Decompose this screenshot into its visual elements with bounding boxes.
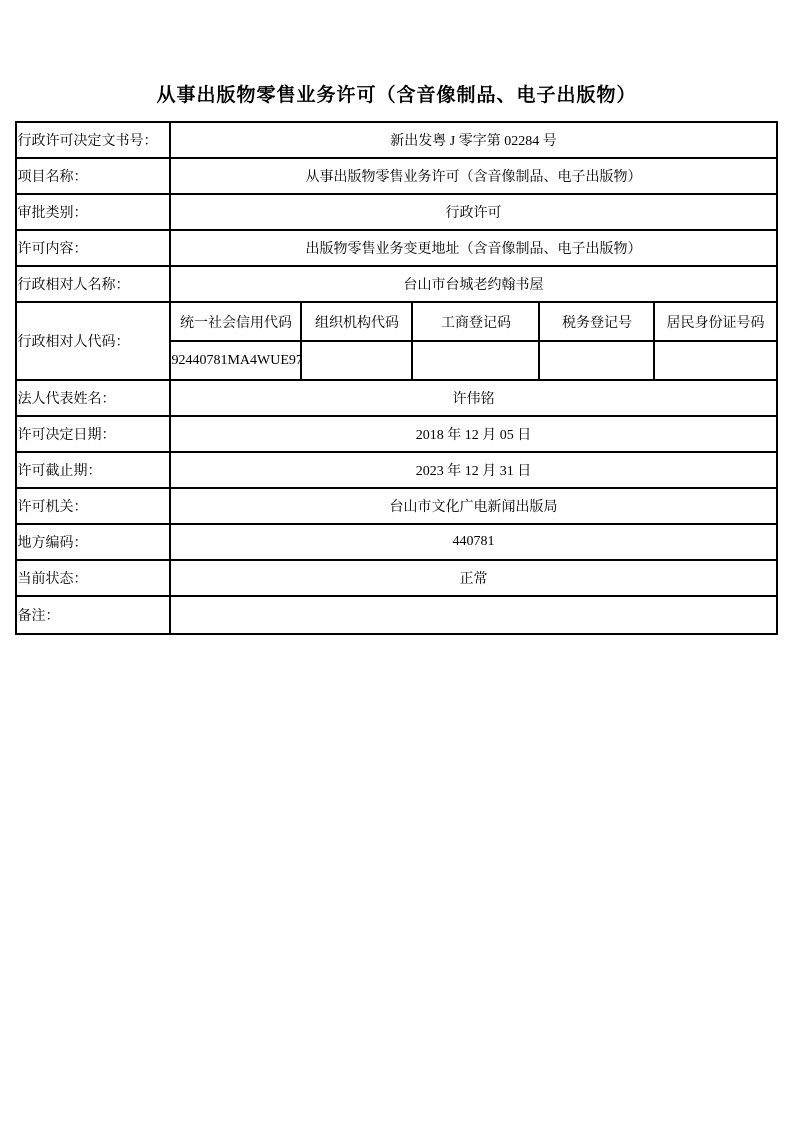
code-value-unified-social-credit: 92440781MA4WUE97XQ bbox=[170, 341, 301, 380]
licensing-authority-value: 台山市文化广电新闻出版局 bbox=[170, 488, 776, 524]
row-remarks: 备注： bbox=[16, 596, 776, 634]
row-counterpart-codes-header: 行政相对人代码： 统一社会信用代码 组织机构代码 工商登记码 税务登记号 居民身… bbox=[16, 302, 776, 341]
legal-representative-label: 法人代表姓名： bbox=[16, 380, 170, 416]
decision-date-value: 2018 年 12 月 05 日 bbox=[170, 416, 776, 452]
local-code-value: 440781 bbox=[170, 524, 776, 560]
code-value-resident-id bbox=[654, 341, 776, 380]
row-license-doc-number: 行政许可决定文书号： 新出发粤 J 零字第 02284 号 bbox=[16, 122, 776, 158]
approval-category-label: 审批类别： bbox=[16, 194, 170, 230]
row-license-content: 许可内容： 出版物零售业务变更地址（含音像制品、电子出版物） bbox=[16, 230, 776, 266]
license-content-value: 出版物零售业务变更地址（含音像制品、电子出版物） bbox=[170, 230, 776, 266]
expiry-date-value: 2023 年 12 月 31 日 bbox=[170, 452, 776, 488]
code-header-organization: 组织机构代码 bbox=[301, 302, 412, 341]
current-status-label: 当前状态： bbox=[16, 560, 170, 596]
code-header-resident-id: 居民身份证号码 bbox=[654, 302, 776, 341]
code-value-tax-registration bbox=[539, 341, 654, 380]
remarks-label: 备注： bbox=[16, 596, 170, 634]
current-status-value: 正常 bbox=[170, 560, 776, 596]
approval-category-value: 行政许可 bbox=[170, 194, 776, 230]
code-header-unified-social-credit: 统一社会信用代码 bbox=[170, 302, 301, 341]
row-expiry-date: 许可截止期： 2023 年 12 月 31 日 bbox=[16, 452, 776, 488]
row-licensing-authority: 许可机关： 台山市文化广电新闻出版局 bbox=[16, 488, 776, 524]
license-info-table: 行政许可决定文书号： 新出发粤 J 零字第 02284 号 项目名称： 从事出版… bbox=[15, 121, 777, 635]
row-legal-representative: 法人代表姓名： 许伟铭 bbox=[16, 380, 776, 416]
counterpart-codes-label: 行政相对人代码： bbox=[16, 302, 170, 380]
row-project-name: 项目名称： 从事出版物零售业务许可（含音像制品、电子出版物） bbox=[16, 158, 776, 194]
project-name-label: 项目名称： bbox=[16, 158, 170, 194]
code-value-business-registration bbox=[412, 341, 539, 380]
code-header-tax-registration: 税务登记号 bbox=[539, 302, 654, 341]
decision-date-label: 许可决定日期： bbox=[16, 416, 170, 452]
counterpart-name-value: 台山市台城老约翰书屋 bbox=[170, 266, 776, 302]
code-header-business-registration: 工商登记码 bbox=[412, 302, 539, 341]
row-decision-date: 许可决定日期： 2018 年 12 月 05 日 bbox=[16, 416, 776, 452]
license-doc-number-label: 行政许可决定文书号： bbox=[16, 122, 170, 158]
row-counterpart-name: 行政相对人名称： 台山市台城老约翰书屋 bbox=[16, 266, 776, 302]
code-value-organization bbox=[301, 341, 412, 380]
row-current-status: 当前状态： 正常 bbox=[16, 560, 776, 596]
remarks-value bbox=[170, 596, 776, 634]
licensing-authority-label: 许可机关： bbox=[16, 488, 170, 524]
project-name-value: 从事出版物零售业务许可（含音像制品、电子出版物） bbox=[170, 158, 776, 194]
counterpart-name-label: 行政相对人名称： bbox=[16, 266, 170, 302]
local-code-label: 地方编码： bbox=[16, 524, 170, 560]
legal-representative-value: 许伟铭 bbox=[170, 380, 776, 416]
row-approval-category: 审批类别： 行政许可 bbox=[16, 194, 776, 230]
license-content-label: 许可内容： bbox=[16, 230, 170, 266]
license-doc-number-value: 新出发粤 J 零字第 02284 号 bbox=[170, 122, 776, 158]
row-local-code: 地方编码： 440781 bbox=[16, 524, 776, 560]
expiry-date-label: 许可截止期： bbox=[16, 452, 170, 488]
document-title: 从事出版物零售业务许可（含音像制品、电子出版物） bbox=[0, 0, 793, 107]
